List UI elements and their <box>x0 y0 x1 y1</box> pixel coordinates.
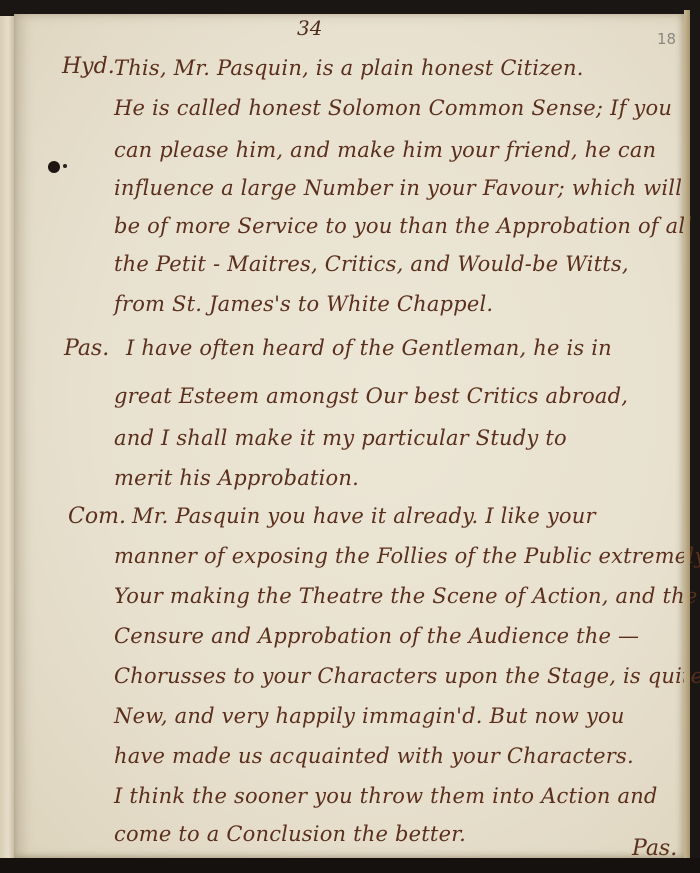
folio-number: 18 <box>657 30 676 48</box>
text-line: great Esteem amongst Our best Critics ab… <box>114 384 628 408</box>
ink-blot-icon <box>48 161 60 173</box>
text-line: and I shall make it my particular Study … <box>114 426 567 450</box>
speaker-label: Pas. <box>64 336 109 361</box>
text-line: Censure and Approbation of the Audience … <box>114 624 639 648</box>
text-line: Your making the Theatre the Scene of Act… <box>114 584 697 608</box>
text-line: I think the sooner you throw them into A… <box>114 784 658 808</box>
text-line: Chorusses to your Characters upon the St… <box>114 664 700 688</box>
speaker-label: Hyd. <box>62 54 115 79</box>
text-line: merit his Approbation. <box>114 466 359 490</box>
text-line: He is called honest Solomon Common Sense… <box>114 96 672 120</box>
manuscript-scan: 34 18 Hyd. This, Mr. Pasquin, is a plain… <box>0 0 700 873</box>
text-line: I have often heard of the Gentleman, he … <box>126 336 612 360</box>
text-line: Mr. Pasquin you have it already. I like … <box>132 504 596 528</box>
right-page-edge <box>684 10 690 860</box>
manuscript-page: 34 18 Hyd. This, Mr. Pasquin, is a plain… <box>14 14 684 860</box>
text-line: from St. James's to White Chappel. <box>114 292 493 316</box>
ink-spot-icon <box>63 164 67 168</box>
page-number: 34 <box>297 16 322 40</box>
bottom-shadow <box>0 858 700 873</box>
left-page-edge <box>0 16 15 861</box>
speaker-label: Com. <box>68 504 126 529</box>
text-line: This, Mr. Pasquin, is a plain honest Cit… <box>114 56 584 80</box>
text-line: can please him, and make him your friend… <box>114 138 656 162</box>
text-line: come to a Conclusion the better. <box>114 822 466 846</box>
text-line: the Petit - Maitres, Critics, and Would-… <box>114 252 629 276</box>
text-line: influence a large Number in your Favour;… <box>114 176 682 200</box>
text-line: have made us acquainted with your Charac… <box>114 744 634 768</box>
text-line: New, and very happily immagin'd. But now… <box>114 704 625 728</box>
text-line: be of more Service to you than the Appro… <box>114 214 692 238</box>
text-line: manner of exposing the Follies of the Pu… <box>114 544 700 568</box>
